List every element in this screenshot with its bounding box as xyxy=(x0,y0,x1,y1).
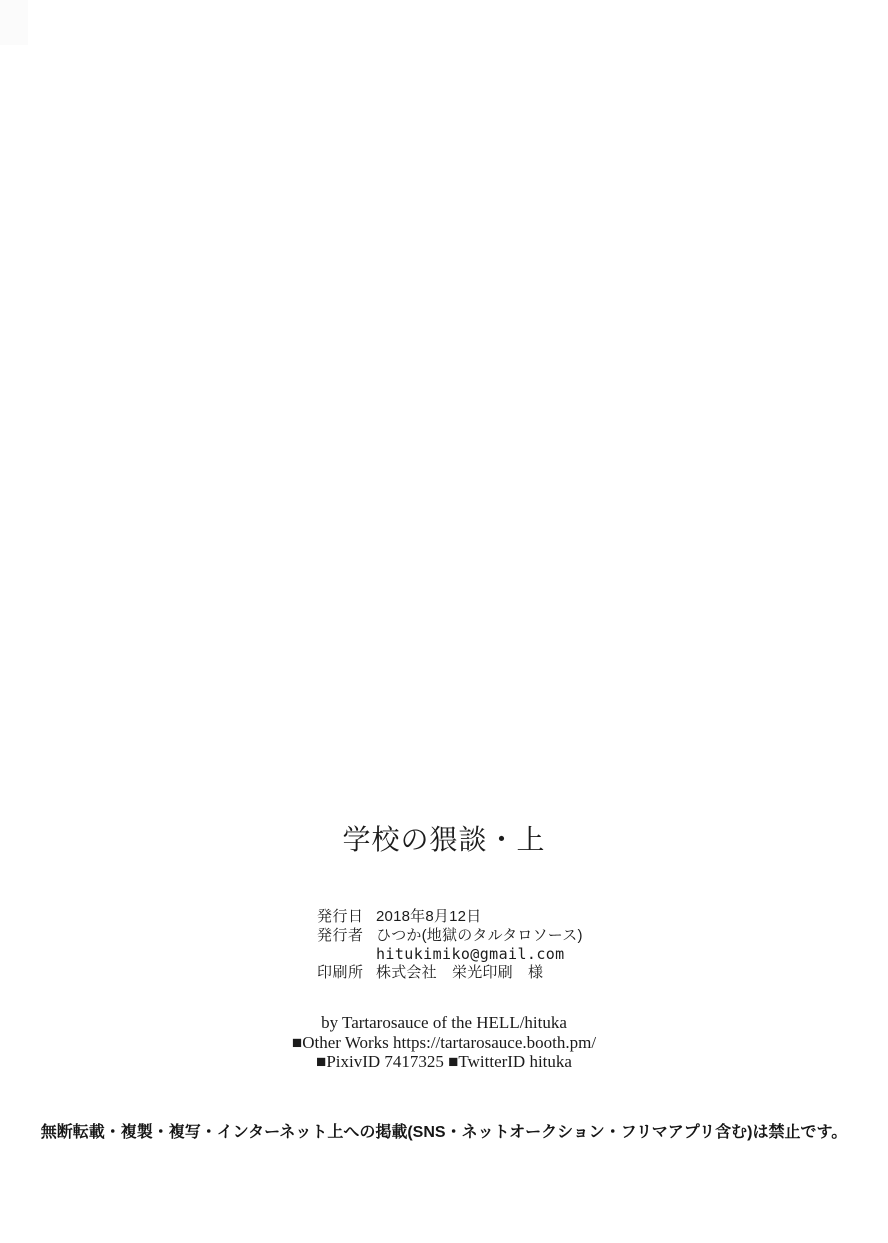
row-value: 株式会社 栄光印刷 様 xyxy=(376,964,543,983)
book-title: 学校の猥談・上 xyxy=(0,822,888,858)
credits-ids-line: ■PixivID 7417325 ■TwitterID hituka xyxy=(0,1052,888,1072)
row-label: 発行日 xyxy=(317,908,376,927)
credits-works-line: ■Other Works https://tartarosauce.booth.… xyxy=(0,1033,888,1053)
row-value: ひつか(地獄のタルタロソース) xyxy=(376,927,583,946)
row-label: 発行者 xyxy=(317,927,376,946)
credits-author-line: by Tartarosauce of the HELL/hituka xyxy=(0,1013,888,1033)
scan-artifact xyxy=(0,0,28,45)
publication-row-date: 発行日 2018年8月12日 xyxy=(317,908,583,927)
email-text: hitukimiko@gmail.com xyxy=(376,945,565,964)
publication-row-printer: 印刷所 株式会社 栄光印刷 様 xyxy=(317,964,583,983)
publication-row-email: hitukimiko@gmail.com xyxy=(317,945,583,964)
row-value: 2018年8月12日 xyxy=(376,908,481,927)
credits-block: by Tartarosauce of the HELL/hituka ■Othe… xyxy=(0,1013,888,1072)
publication-info: 発行日 2018年8月12日 発行者 ひつか(地獄のタルタロソース) hituk… xyxy=(317,908,583,982)
reproduction-disclaimer: 無断転載・複製・複写・インターネット上への掲載(SNS・ネットオークション・フリ… xyxy=(0,1123,888,1143)
row-label: 印刷所 xyxy=(317,964,376,983)
colophon-page: 学校の猥談・上 発行日 2018年8月12日 発行者 ひつか(地獄のタルタロソー… xyxy=(0,0,888,1243)
row-label xyxy=(317,945,376,964)
publication-row-publisher: 発行者 ひつか(地獄のタルタロソース) xyxy=(317,927,583,946)
